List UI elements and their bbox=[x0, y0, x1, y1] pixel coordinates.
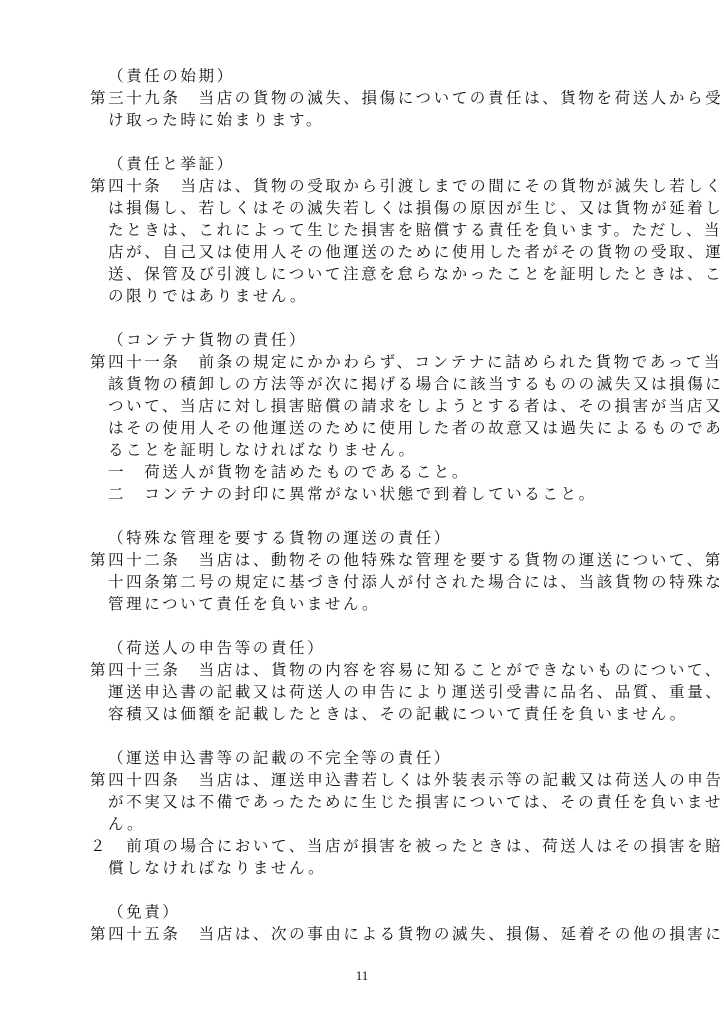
article-40-line: 第四十条 当店は、貨物の受取から引渡しまでの間にその貨物が滅失し若しく bbox=[90, 175, 650, 197]
article-44-line: 第四十四条 当店は、運送申込書若しくは外装表示等の記載又は荷送人の申告 bbox=[90, 769, 650, 791]
article-39-line: け取った時に始まります。 bbox=[90, 109, 650, 131]
spacer bbox=[90, 307, 650, 329]
article-42-line: 管理について責任を負いません。 bbox=[90, 593, 650, 615]
article-41-line: 該貨物の積卸しの方法等が次に掲げる場合に該当するものの滅失又は損傷に bbox=[90, 373, 650, 395]
article-40-line: 店が、自己又は使用人その他運送のために使用した者がその貨物の受取、運 bbox=[90, 241, 650, 263]
document-page: （責任の始期） 第三十九条 当店の貨物の滅失、損傷についての責任は、貨物を荷送人… bbox=[90, 65, 650, 945]
article-42-line: 十四条第二号の規定に基づき付添人が付された場合には、当該貨物の特殊な bbox=[90, 571, 650, 593]
article-43-line: 第四十三条 当店は、貨物の内容を容易に知ることができないものについて、 bbox=[90, 659, 650, 681]
spacer bbox=[90, 131, 650, 153]
article-40-line: の限りではありません。 bbox=[90, 285, 650, 307]
page-number: 11 bbox=[0, 968, 724, 984]
article-44-line: ん。 bbox=[90, 813, 650, 835]
article-40-line: たときは、これによって生じた損害を賠償する責任を負います。ただし、当 bbox=[90, 219, 650, 241]
article-39-heading: （責任の始期） bbox=[90, 65, 650, 87]
article-39-line: 第三十九条 当店の貨物の滅失、損傷についての責任は、貨物を荷送人から受 bbox=[90, 87, 650, 109]
article-40-line: 送、保管及び引渡しについて注意を怠らなかったことを証明したときは、こ bbox=[90, 263, 650, 285]
article-40-heading: （責任と挙証） bbox=[90, 153, 650, 175]
spacer bbox=[90, 879, 650, 901]
article-43-line: 容積又は価額を記載したときは、その記載について責任を負いません。 bbox=[90, 703, 650, 725]
article-41-line: 第四十一条 前条の規定にかかわらず、コンテナに詰められた貨物であって当 bbox=[90, 351, 650, 373]
article-42-line: 第四十二条 当店は、動物その他特殊な管理を要する貨物の運送について、第 bbox=[90, 549, 650, 571]
article-44-paragraph-2: ２ 前項の場合において、当店が損害を被ったときは、荷送人はその損害を賠 bbox=[90, 835, 650, 857]
article-41-line: ることを証明しなければなりません。 bbox=[90, 439, 650, 461]
article-41-line: ついて、当店に対し損害賠償の請求をしようとする者は、その損害が当店又 bbox=[90, 395, 650, 417]
spacer bbox=[90, 725, 650, 747]
article-41-line: はその使用人その他運送のために使用した者の故意又は過失によるものであ bbox=[90, 417, 650, 439]
article-44-line: が不実又は不備であったために生じた損害については、その責任を負いませ bbox=[90, 791, 650, 813]
article-45-heading: （免責） bbox=[90, 901, 650, 923]
article-41-item: 一 荷送人が貨物を詰めたものであること。 bbox=[90, 461, 650, 483]
article-43-line: 運送申込書の記載又は荷送人の申告により運送引受書に品名、品質、重量、 bbox=[90, 681, 650, 703]
article-45-line: 第四十五条 当店は、次の事由による貨物の滅失、損傷、延着その他の損害に bbox=[90, 923, 650, 945]
spacer bbox=[90, 615, 650, 637]
article-44-paragraph-2: 償しなければなりません。 bbox=[90, 857, 650, 879]
article-44-heading: （運送申込書等の記載の不完全等の責任） bbox=[90, 747, 650, 769]
spacer bbox=[90, 505, 650, 527]
article-40-line: は損傷し、若しくはその滅失若しくは損傷の原因が生じ、又は貨物が延着し bbox=[90, 197, 650, 219]
article-41-item: 二 コンテナの封印に異常がない状態で到着していること。 bbox=[90, 483, 650, 505]
article-41-heading: （コンテナ貨物の責任） bbox=[90, 329, 650, 351]
article-43-heading: （荷送人の申告等の責任） bbox=[90, 637, 650, 659]
article-42-heading: （特殊な管理を要する貨物の運送の責任） bbox=[90, 527, 650, 549]
